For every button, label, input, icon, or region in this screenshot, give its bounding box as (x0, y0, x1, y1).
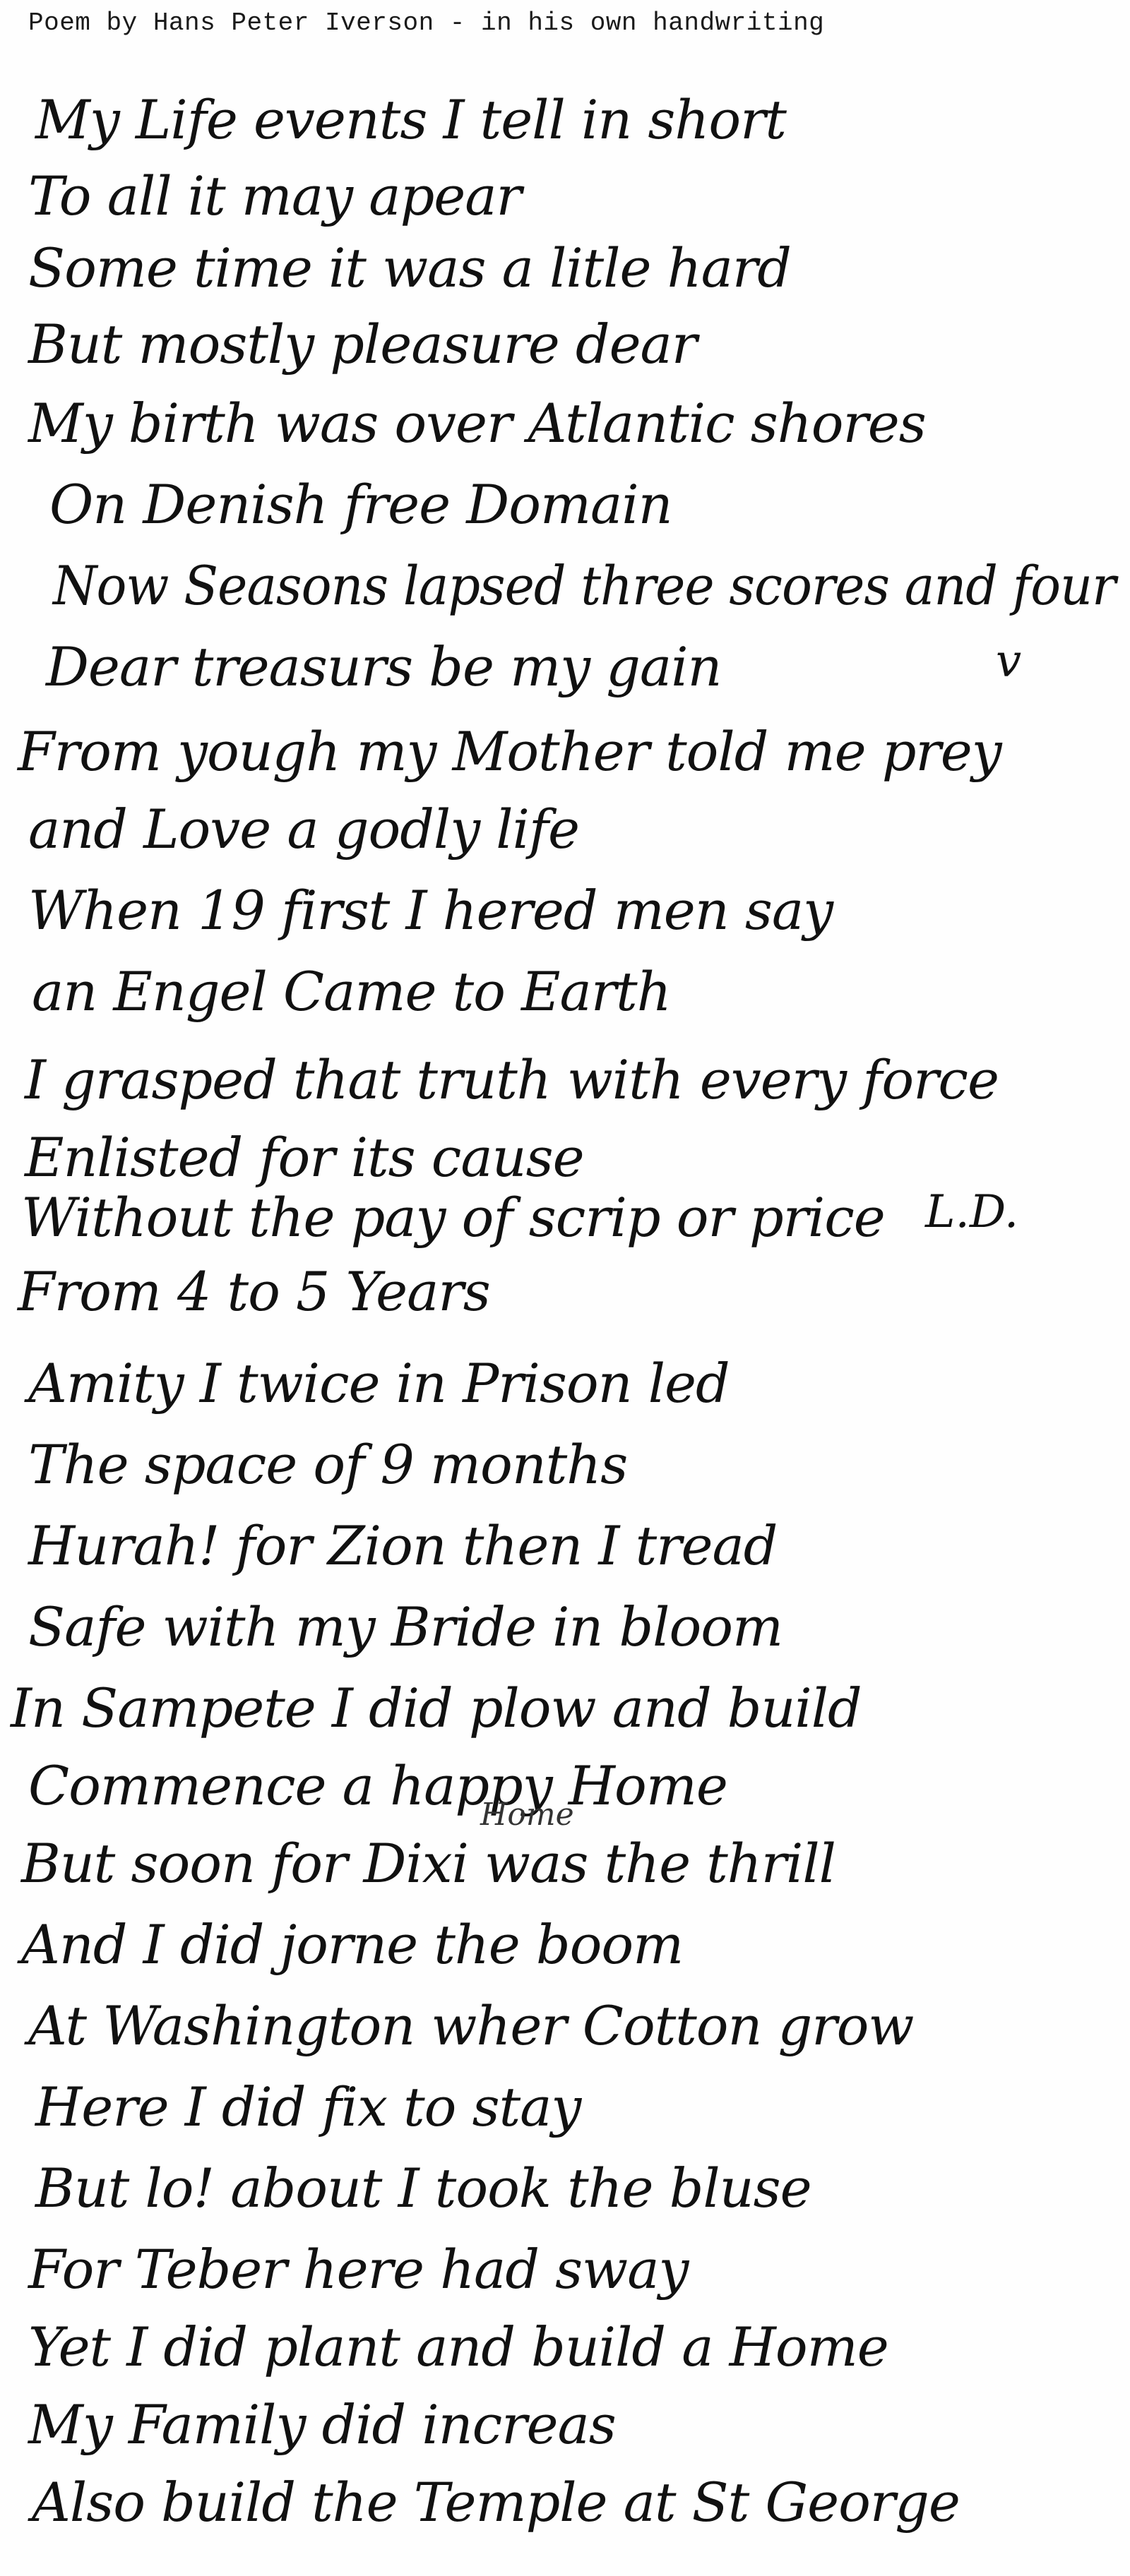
poem-line: I grasped that truth with every force (25, 1045, 999, 1115)
poem-line: But mostly pleasure dear (28, 309, 696, 380)
poem-line: Some time it was a litle hard (28, 233, 791, 304)
poem-line: Dear treasurs be my gain (46, 632, 721, 702)
insertion-mark: v (996, 635, 1021, 688)
poem-line: For Teber here had sway (28, 2234, 688, 2305)
poem-line: Here I did fix to stay (35, 2072, 581, 2143)
poem-line: Also build the Temple at St George (32, 2467, 960, 2538)
poem-line: My birth was over Atlantic shores (28, 388, 926, 459)
poem-line: an Engel Came to Earth (32, 957, 671, 1027)
scanned-page: Poem by Hans Peter Iverson - in his own … (0, 0, 1130, 2576)
poem-line: From 4 to 5 Years (18, 1257, 490, 1327)
poem-line: But lo! about I took the bluse (35, 2153, 811, 2224)
poem-line: My Family did increas (28, 2390, 616, 2460)
poem-line: In Sampete I did plow and build (11, 1673, 862, 1744)
poem-line: But soon for Dixi was the thrill (21, 1828, 835, 1899)
poem-line: My Life events I tell in short (35, 85, 786, 155)
poem-line: Safe with my Bride in bloom (28, 1592, 783, 1663)
margin-annotation-ld: L.D. (925, 1186, 1018, 1238)
poem-line: Amity I twice in Prison led (28, 1348, 730, 1419)
poem-line: Now Seasons lapsed three scores and four (53, 551, 1115, 621)
poem-line: and Love a godly life (28, 794, 579, 865)
poem-line: To all it may apear (28, 161, 521, 232)
poem-line: When 19 first I hered men say (28, 875, 833, 946)
poem-line: Yet I did plant and build a Home (28, 2312, 888, 2383)
interlinear-insertion: Home (480, 1797, 574, 1833)
page-title: Poem by Hans Peter Iverson - in his own … (28, 8, 824, 37)
poem-line: On Denish free Domain (49, 469, 672, 540)
poem-line: Hurah! for Zion then I tread (28, 1511, 777, 1581)
poem-line: Commence a happy Home (28, 1751, 727, 1821)
poem-line: Without the pay of scrip or price (21, 1182, 885, 1253)
poem-line: From yough my Mother told me prey (18, 717, 1001, 787)
poem-line: The space of 9 months (28, 1430, 627, 1500)
poem-line: At Washington wher Cotton grow (28, 1991, 913, 2061)
poem-line: And I did jorne the boom (21, 1910, 683, 1980)
